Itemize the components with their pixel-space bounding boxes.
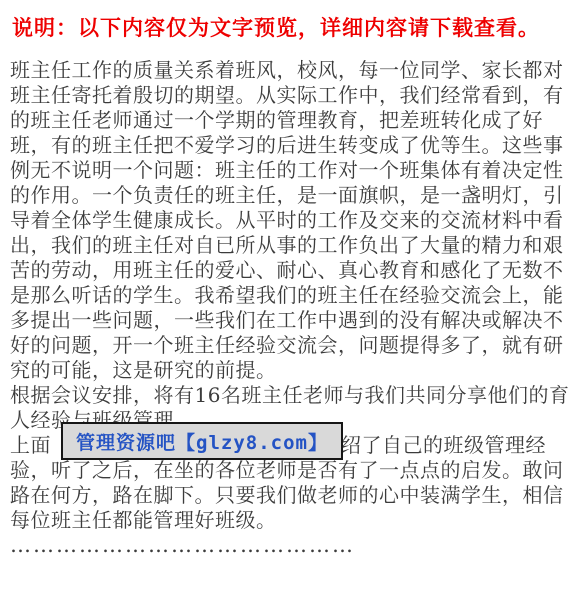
text-line: 班主任寄托着殷切的期望。从实际工作中，我们经常看到，有 xyxy=(10,83,574,108)
text-line: 班主任工作的质量关系着班风，校风，每一位同学、家长都对 xyxy=(10,58,574,83)
document-preview-page: 说明：以下内容仅为文字预览，详细内容请下载查看。 班主任工作的质量关系着班风，校… xyxy=(0,0,578,600)
text-line: 究的可能，这是研究的前提。 xyxy=(10,358,574,383)
text-line: 多提出一些问题，一些我们在工作中遇到的没有解决或解决不 xyxy=(10,308,574,333)
text-line: 每位班主任都能管理好班级。 xyxy=(10,508,574,533)
text-line: 验，听了之后，在坐的各位老师是否有了一点点的启发。敢问 xyxy=(10,458,574,483)
ellipsis-line: ……………………………………… xyxy=(10,533,574,558)
watermark-box: 管理资源吧【glzy8.com】 xyxy=(61,422,343,460)
text-line: 导着全体学生健康成长。从平时的工作及交来的交流材料中看 xyxy=(10,208,574,233)
text-line: 根据会议安排，将有16名班主任老师与我们共同分享他们的育 xyxy=(10,383,574,408)
text-line: 例无不说明一个问题：班主任的工作对一个班集体有着决定性 xyxy=(10,158,574,183)
text-line: 的班主任老师通过一个学期的管理教育，把差班转化成了好 xyxy=(10,108,574,133)
text-line: 是那么听话的学生。我希望我们的班主任在经验交流会上，能 xyxy=(10,283,574,308)
text-line: 路在何方，路在脚下。只要我们做老师的心中装满学生，相信 xyxy=(10,483,574,508)
text-line: 的作用。一个负责任的班主任，是一面旗帜，是一盏明灯，引 xyxy=(10,183,574,208)
document-body: 班主任工作的质量关系着班风，校风，每一位同学、家长都对 班主任寄托着殷切的期望。… xyxy=(10,58,574,558)
watermark-label: 管理资源吧【glzy8.com】 xyxy=(76,428,328,455)
text-fragment-before-watermark: 上面 xyxy=(10,433,51,457)
text-line: 出，我们的班主任对自已所从事的工作负出了大量的精力和艰 xyxy=(10,233,574,258)
text-line: 好的问题，开一个班主任经验交流会，问题提得多了，就有研 xyxy=(10,333,574,358)
text-line: 班，有的班主任把不爱学习的后进生转变成了优等生。这些事 xyxy=(10,133,574,158)
preview-notice: 说明：以下内容仅为文字预览，详细内容请下载查看。 xyxy=(12,12,540,42)
text-fragment-after-watermark: 绍了自己的班级管理经 xyxy=(341,433,546,457)
text-line: 苦的劳动，用班主任的爱心、耐心、真心教育和感化了无数不 xyxy=(10,258,574,283)
